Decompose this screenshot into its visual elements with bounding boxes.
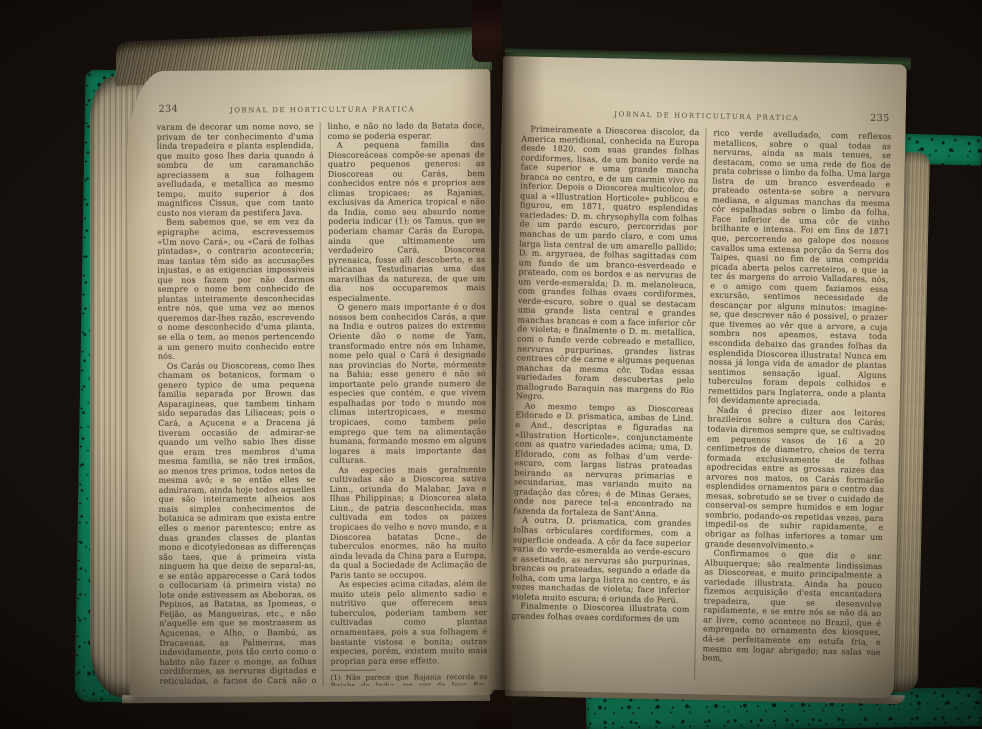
paragraph: Nada é preciso dizer aos leitores brazil… [705,405,886,552]
paragraph: Os Carás ou Dioscoreas, como lhes chamam… [158,361,317,687]
paragraph: Finalmente o Dioscorea illustrata com gr… [511,602,689,625]
paragraph: linho, e não no lado da Batata doce, com… [328,121,485,141]
paragraph: A outra, D. prismatica, com grandes folh… [512,516,692,606]
right-page: 235 JORNAL DE HORTICULTURA PRATICA Prime… [490,56,907,698]
paragraph: O genero mais importante é o dos nossos … [329,302,487,465]
running-head-right: JORNAL DE HORTICULTURA PRATICA [522,108,892,124]
right-page-column-2: rico verde avelludado, com reflexos meta… [694,128,892,684]
footnote-rule [331,670,377,671]
left-page-column-1: varam de decorar um nome novo, se privam… [157,122,323,687]
paragraph: varam de decorar um nome novo, se privam… [157,122,314,218]
right-page-column-1: Primeiramente a Dioscorea discolor, da A… [510,124,706,680]
paragraph: Bem sabemos que, se em vez da epigraphe … [157,217,315,361]
paragraph: rico verde avelludado, com reflexos meta… [708,128,892,409]
paragraph: Primeiramente a Dioscorea discolor, da A… [516,124,700,405]
paragraph: A pequena familia das Dioscoreáceas comp… [328,140,486,303]
running-head-left: JORNAL DE HORTICULTURA PRATICA [163,105,483,115]
paragraph: As especies mais geralmente cultivadas s… [329,465,487,580]
left-page-column-2: linho, e não no lado da Batata doce, com… [320,121,488,686]
left-page-text: varam de decorar um nome novo, se privam… [157,121,488,687]
paragraph: Confirmamos o que diz o snr. Albuquerque… [702,548,882,666]
right-page-text: Primeiramente a Dioscorea discolor, da A… [510,124,891,684]
spine-top [472,0,502,62]
left-page: 234 JORNAL DE HORTICULTURA PRATICA varam… [126,69,493,697]
footnote: (1) Não parece que Rajania recorda os Ra… [330,665,487,686]
paragraph: As especies acima citadas, além de muito… [330,579,487,666]
footnote-text: (1) Não parece que Rajania recorda os Ra… [331,673,488,686]
book-photograph: 234 JORNAL DE HORTICULTURA PRATICA varam… [0,0,982,729]
paragraph: Ao mesmo tempo as Dioscoreas Eldorado e … [513,401,693,519]
